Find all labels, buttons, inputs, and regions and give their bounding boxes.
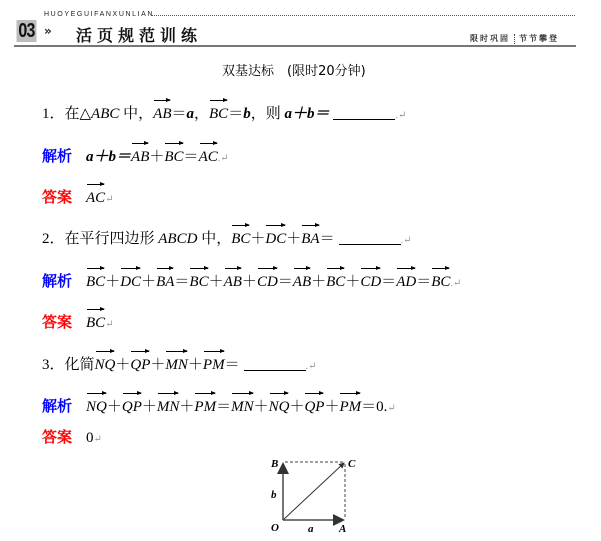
header-pinyin: HUOYEGUIFANXUNLIAN	[44, 11, 154, 18]
op: ＋	[286, 231, 301, 247]
op: ＝	[320, 231, 335, 247]
op: ＋	[115, 357, 130, 373]
answer-vector: BC	[86, 313, 105, 333]
op: ＋	[105, 274, 120, 290]
symbol-b: b	[243, 106, 251, 122]
return-mark: .↵	[401, 235, 412, 246]
op: ＋	[345, 274, 360, 290]
section-title: 双基达标 (限时20分钟)	[222, 62, 366, 82]
return-mark: ↵	[94, 434, 102, 445]
vector: BC	[164, 147, 183, 167]
header-title: 活页规范训练	[76, 23, 202, 46]
vector: BC	[209, 104, 228, 124]
vector: CD	[257, 272, 278, 292]
op: ＋	[141, 274, 156, 290]
op: ＋	[150, 357, 165, 373]
q2-text: 2．在平行四边形	[42, 231, 158, 247]
eq: ＝	[171, 106, 186, 122]
vector: BC	[189, 272, 208, 292]
analysis-label: 解析	[42, 272, 72, 290]
vector: NQ	[86, 397, 107, 417]
q3-text: 3．化简	[42, 357, 95, 373]
return-mark: ↵	[387, 403, 395, 414]
eq: ＝	[228, 106, 243, 122]
vector: QP	[130, 355, 150, 375]
separator	[514, 34, 515, 44]
return-mark: ↵	[105, 194, 113, 205]
analysis-2: 解析BC＋DC＋BA＝BC＋AB＋CD＝AB＋BC＋CD＝AD＝BC.↵	[42, 271, 461, 294]
vector: AB	[153, 104, 171, 124]
op: ＋	[107, 399, 122, 415]
vector: MN	[165, 355, 188, 375]
op: ＝	[225, 357, 240, 373]
answer-vector: AC	[86, 188, 105, 208]
answer-label: 答案	[42, 188, 72, 206]
op: ＝	[361, 399, 376, 415]
op: ＋	[209, 274, 224, 290]
vector: CD	[360, 272, 381, 292]
op: ＋	[289, 399, 304, 415]
page-header: 03 HUOYEGUIFANXUNLIAN » 活页规范训练 限时巩固节节攀登	[0, 0, 601, 50]
answer-blank	[333, 105, 395, 120]
vector: DC	[265, 229, 286, 249]
label-c-point: C	[348, 458, 356, 470]
answer-2: 答案BC↵	[42, 312, 114, 335]
op: ＝	[174, 274, 189, 290]
label-b-point: B	[270, 458, 278, 470]
q1-mid: 中，	[119, 106, 153, 122]
comma: ，	[194, 106, 209, 122]
op: ＋	[142, 399, 157, 415]
label-a-point: A	[338, 523, 346, 535]
lhs: a＋b＝	[86, 149, 131, 165]
vector: BC	[86, 272, 105, 292]
vector: QP	[122, 397, 142, 417]
vector: QP	[304, 397, 324, 417]
header-rule	[14, 45, 576, 47]
vector: PM	[194, 397, 216, 417]
vector: BA	[301, 229, 319, 249]
question-1: 1．在△ABC 中，AB＝a，BC＝b，则 a＋b＝.↵	[42, 104, 406, 126]
vector: AC	[199, 147, 218, 167]
header-right-left: 限时巩固	[470, 34, 510, 43]
vector: MN	[231, 397, 254, 417]
answer-3: 答案0↵	[42, 427, 102, 450]
analysis-label: 解析	[42, 397, 72, 415]
return-mark: .↵	[395, 110, 406, 121]
vector: AB	[293, 272, 311, 292]
vector-parallelogram-figure: B C b O a A	[268, 455, 368, 537]
op: ＋	[311, 274, 326, 290]
dotted-divider	[151, 15, 575, 16]
q1-text: 1．在△	[42, 106, 91, 122]
vector: AB	[131, 147, 149, 167]
answer-blank	[339, 230, 401, 245]
vector: PM	[203, 355, 225, 375]
analysis-label: 解析	[42, 147, 72, 165]
op: ＋	[179, 399, 194, 415]
op: ＝	[278, 274, 293, 290]
op: ＋	[149, 149, 164, 165]
op: ＋	[250, 231, 265, 247]
vector: BA	[156, 272, 174, 292]
vector: NQ	[269, 397, 290, 417]
vector: BC	[326, 272, 345, 292]
chapter-number: 03	[17, 20, 37, 42]
symbol-a: a	[187, 106, 195, 122]
vector: AB	[224, 272, 242, 292]
vector: AD	[396, 272, 416, 292]
vector: PM	[339, 397, 361, 417]
q2-mid: 中，	[197, 231, 231, 247]
label-a-edge: a	[308, 523, 314, 535]
answer-label: 答案	[42, 313, 72, 331]
q1-sum: a＋b＝	[284, 106, 329, 122]
answer-blank	[244, 356, 306, 371]
q1-then: ，则	[251, 106, 285, 122]
analysis-1: 解析a＋b＝AB＋BC＝AC.↵	[42, 146, 229, 169]
answer-label: 答案	[42, 428, 72, 446]
header-right: 限时巩固节节攀登	[470, 33, 559, 44]
question-2: 2．在平行四边形 ABCD 中，BC＋DC＋BA＝.↵	[42, 229, 411, 251]
q1-triangle: ABC	[91, 106, 119, 122]
op: ＝	[381, 274, 396, 290]
question-3: 3．化简NQ＋QP＋MN＋PM＝.↵	[42, 355, 316, 377]
return-mark: .↵	[218, 153, 229, 164]
return-mark: ↵	[105, 319, 113, 330]
vector: BC	[231, 229, 250, 249]
vector: DC	[120, 272, 141, 292]
vector-c-line	[283, 463, 344, 520]
header-right-right: 节节攀登	[519, 34, 559, 43]
answer-value: 0	[86, 430, 94, 446]
analysis-3: 解析NQ＋QP＋MN＋PM＝MN＋NQ＋QP＋PM＝0.↵	[42, 396, 396, 419]
return-mark: .↵	[306, 361, 317, 372]
return-mark: .↵	[450, 278, 461, 289]
chevron-icon: »	[44, 24, 52, 38]
op: ＝	[216, 399, 231, 415]
op: ＝	[416, 274, 431, 290]
vector: BC	[431, 272, 450, 292]
op: ＋	[188, 357, 203, 373]
vector: MN	[157, 397, 180, 417]
op: ＝	[184, 149, 199, 165]
label-o-point: O	[271, 522, 279, 534]
op: ＋	[324, 399, 339, 415]
op: ＋	[242, 274, 257, 290]
answer-1: 答案AC↵	[42, 187, 114, 210]
q2-shape: ABCD	[158, 231, 197, 247]
analysis-result: 0.	[376, 399, 387, 415]
label-b-edge: b	[271, 489, 277, 501]
op: ＋	[254, 399, 269, 415]
vector: NQ	[95, 355, 116, 375]
